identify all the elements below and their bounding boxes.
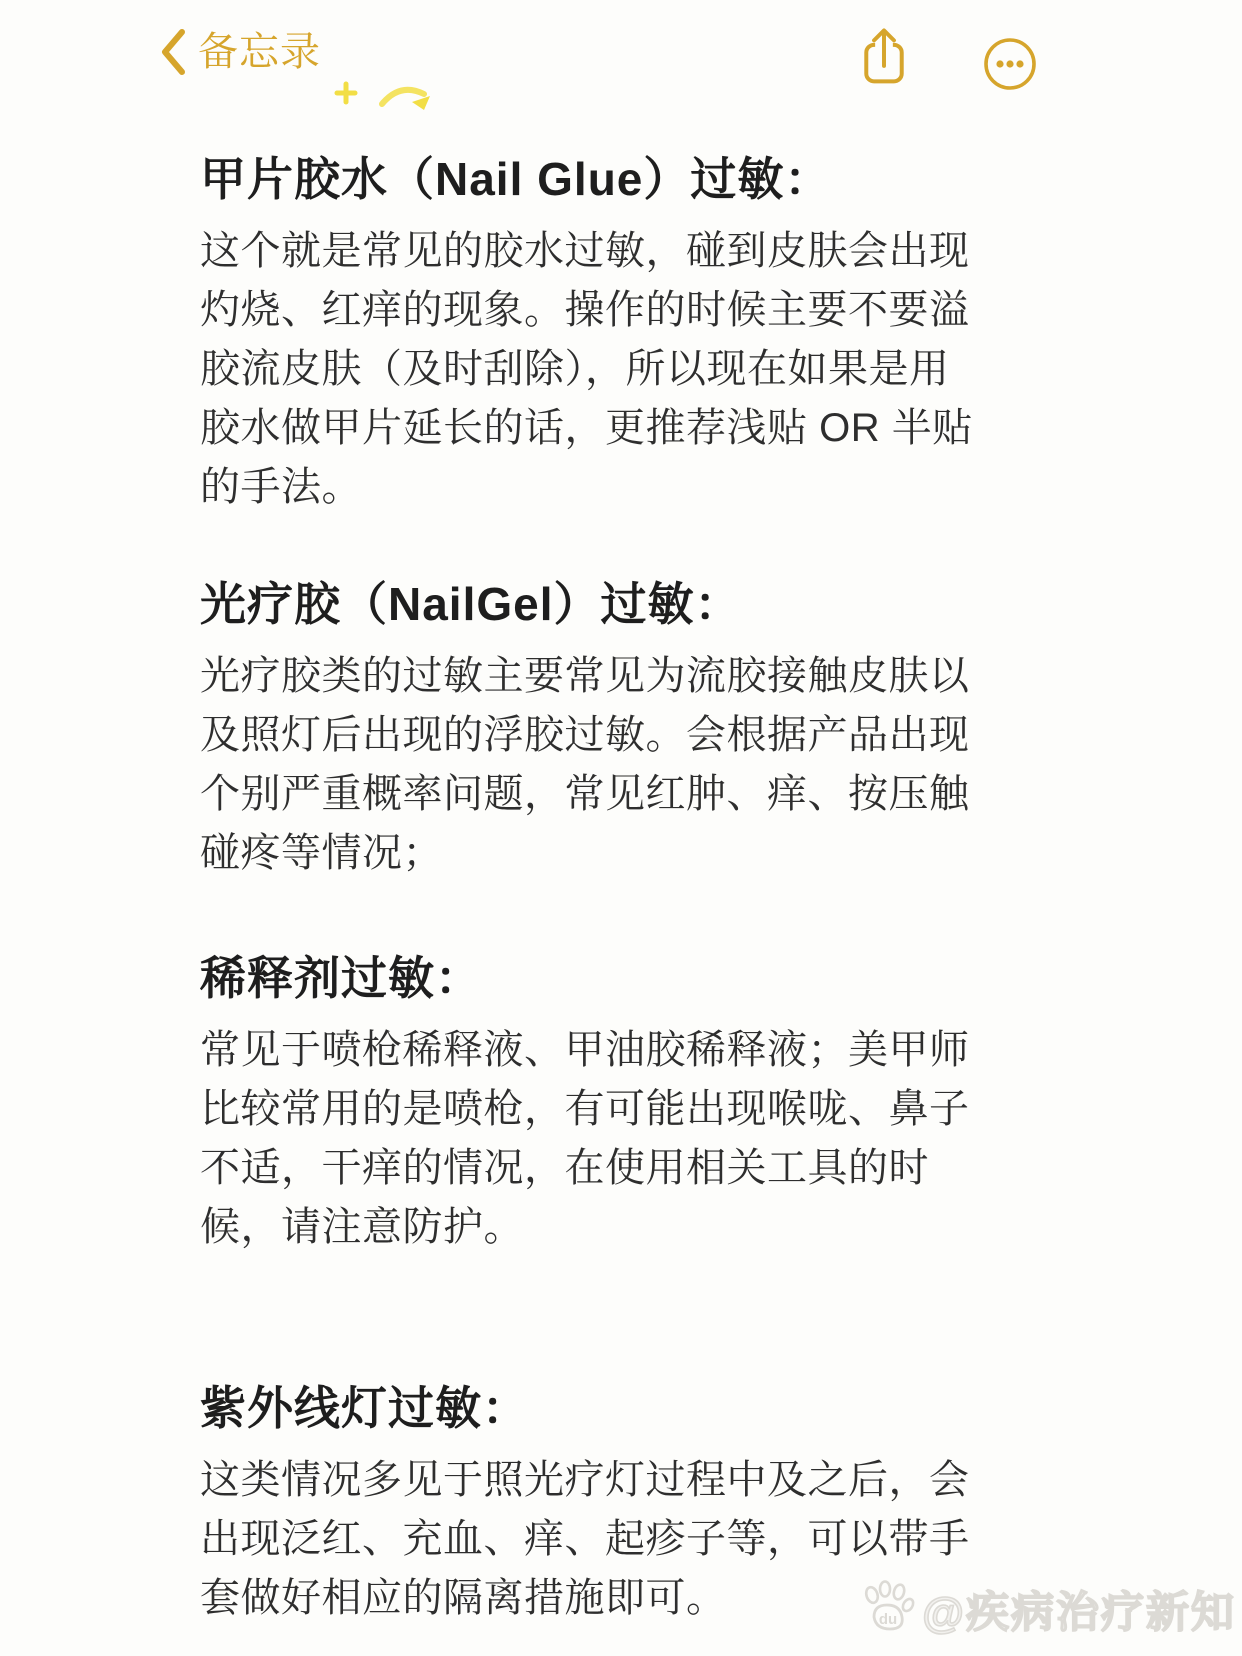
section-body: 常见于喷枪稀释液、甲油胶稀释液；美甲师比较常用的是喷枪，有可能出现喉咙、鼻子不适… [200, 1021, 984, 1257]
section-body: 这个就是常见的胶水过敏，碰到皮肤会出现灼烧、红痒的现象。操作的时候主要不要溢胶流… [200, 222, 984, 517]
note-content[interactable]: 甲片胶水（Nail Glue）过敏： 这个就是常见的胶水过敏，碰到皮肤会出现灼烧… [200, 148, 984, 1628]
sparkle-doodle-icon [308, 74, 438, 118]
back-label: 备忘录 [198, 26, 321, 78]
section-heading: 甲片胶水（Nail Glue）过敏： [200, 148, 984, 210]
back-button[interactable]: 备忘录 [158, 26, 321, 78]
chevron-left-icon [158, 26, 188, 78]
share-button[interactable] [858, 26, 910, 93]
note-section-nail-gel: 光疗胶（NailGel）过敏： 光疗胶类的过敏主要常见为流胶接触皮肤以及照灯后出… [200, 573, 984, 883]
more-button[interactable] [982, 36, 1038, 97]
section-body: 光疗胶类的过敏主要常见为流胶接触皮肤以及照灯后出现的浮胶过敏。会根据产品出现个别… [200, 647, 984, 883]
ellipsis-circle-icon [982, 79, 1038, 96]
note-section-uv-lamp: 紫外线灯过敏： 这类情况多见于照光疗灯过程中及之后，会出现泛红、充血、痒、起疹子… [200, 1377, 984, 1628]
section-body: 这类情况多见于照光疗灯过程中及之后，会出现泛红、充血、痒、起疹子等，可以带手套做… [200, 1451, 984, 1628]
section-heading: 紫外线灯过敏： [200, 1377, 984, 1439]
note-section-nail-glue: 甲片胶水（Nail Glue）过敏： 这个就是常见的胶水过敏，碰到皮肤会出现灼烧… [200, 148, 984, 517]
share-up-arrow-icon [858, 75, 910, 92]
notes-app-screen: 备忘录 [0, 0, 1242, 1656]
note-section-diluent: 稀释剂过敏： 常见于喷枪稀释液、甲油胶稀释液；美甲师比较常用的是喷枪，有可能出现… [200, 947, 984, 1257]
section-heading: 光疗胶（NailGel）过敏： [200, 573, 984, 635]
nav-bar: 备忘录 [0, 0, 1242, 104]
section-heading: 稀释剂过敏： [200, 947, 984, 1009]
